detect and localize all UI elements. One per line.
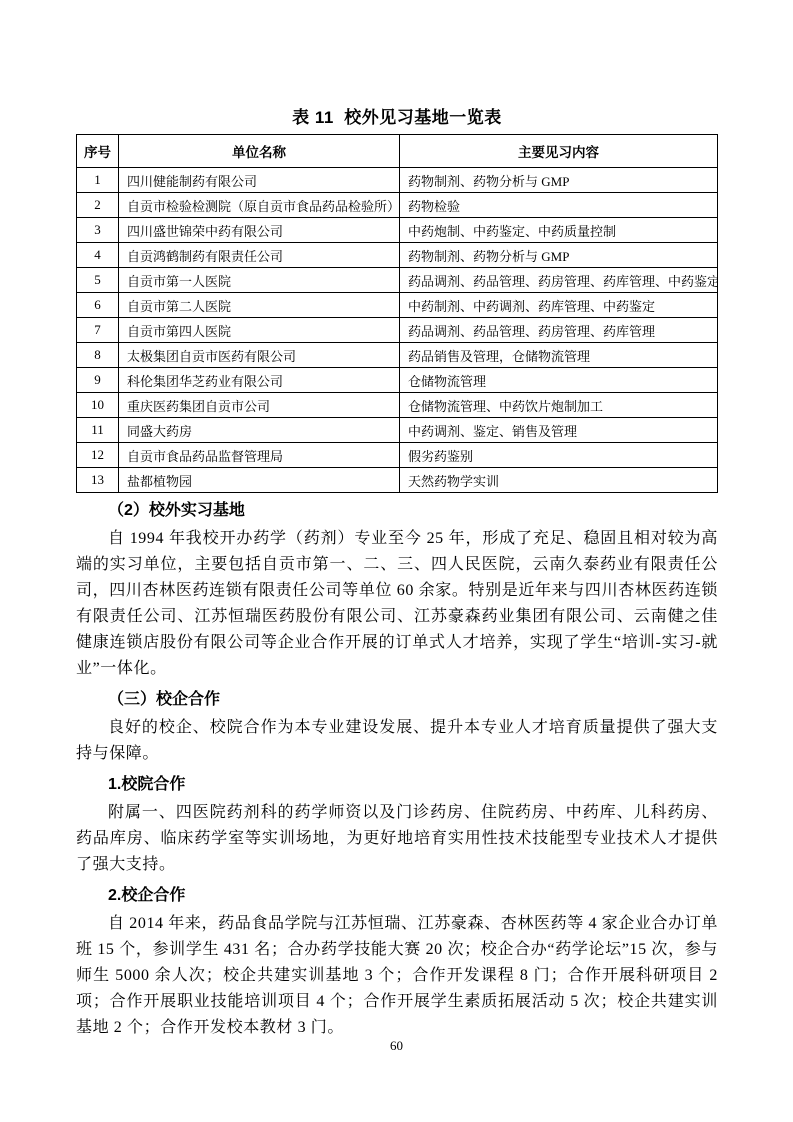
table-cell-unit: 科伦集团华芝药业有限公司 (119, 368, 400, 393)
table-cell-unit: 自贡市第四人医院 (119, 318, 400, 343)
table-cell-unit: 四川健能制药有限公司 (119, 168, 400, 193)
table-cell-no: 7 (77, 318, 119, 343)
table-cell-no: 6 (77, 293, 119, 318)
paragraph-cooperation-intro: 良好的校企、校院合作为本专业建设发展、提升本专业人才培育质量提供了强大支持与保障… (76, 715, 718, 767)
table-cell-no: 8 (77, 343, 119, 368)
table-title: 表 11 校外见习基地一览表 (76, 103, 718, 128)
page-content: 表 11 校外见习基地一览表 序号 单位名称 主要见习内容 1四川健能制药有限公… (76, 103, 718, 1041)
table-cell-unit: 自贡市第二人医院 (119, 293, 400, 318)
table-cell-content: 药物检验 (400, 193, 718, 218)
table-cell-no: 3 (77, 218, 119, 243)
table-cell-content: 中药炮制、中药鉴定、中药质量控制 (400, 218, 718, 243)
table-cell-no: 13 (77, 468, 119, 493)
table-cell-content: 仓储物流管理 (400, 368, 718, 393)
table-cell-unit: 同盛大药房 (119, 418, 400, 443)
table-cell-no: 2 (77, 193, 119, 218)
page-number: 60 (0, 1038, 793, 1054)
table-cell-content: 天然药物学实训 (400, 468, 718, 493)
table-row: 1四川健能制药有限公司药物制剂、药物分析与 GMP (77, 168, 718, 193)
table-cell-content: 仓储物流管理、中药饮片炮制加工 (400, 393, 718, 418)
table-cell-unit: 重庆医药集团自贡市公司 (119, 393, 400, 418)
internship-base-table: 序号 单位名称 主要见习内容 1四川健能制药有限公司药物制剂、药物分析与 GMP… (76, 134, 718, 493)
table-row: 12自贡市食品药品监督管理局假劣药鉴别 (77, 443, 718, 468)
table-cell-content: 假劣药鉴别 (400, 443, 718, 468)
section-heading-school-enterprise-cooperation: （三）校企合作 (76, 685, 718, 715)
table-cell-unit: 自贡市食品药品监督管理局 (119, 443, 400, 468)
table-cell-no: 10 (77, 393, 119, 418)
table-row: 10重庆医药集团自贡市公司仓储物流管理、中药饮片炮制加工 (77, 393, 718, 418)
paragraph-school-enterprise-cooperation: 自 2014 年来，药品食品学院与江苏恒瑞、江苏豪森、杏林医药等 4 家企业合办… (76, 911, 718, 1041)
table-cell-content: 药物制剂、药物分析与 GMP (400, 168, 718, 193)
subsection-heading-school-enterprise-cooperation: 2.校企合作 (76, 881, 718, 911)
table-row: 8太极集团自贡市医药有限公司药品销售及管理，仓储物流管理 (77, 343, 718, 368)
table-cell-no: 4 (77, 243, 119, 268)
table-row: 7自贡市第四人医院药品调剂、药品管理、药房管理、药库管理 (77, 318, 718, 343)
column-header-no: 序号 (77, 135, 119, 168)
table-cell-unit: 自贡鸿鹤制药有限责任公司 (119, 243, 400, 268)
table-cell-no: 9 (77, 368, 119, 393)
paragraph-school-hospital-cooperation: 附属一、四医院药剂科的药学师资以及门诊药房、住院药房、中药库、儿科药房、药品库房… (76, 800, 718, 878)
paragraph-offcampus-practice-base: 自 1994 年我校开办药学（药剂）专业至今 25 年，形成了充足、稳固且相对较… (76, 526, 718, 682)
table-row: 3四川盛世锦荣中药有限公司中药炮制、中药鉴定、中药质量控制 (77, 218, 718, 243)
table-cell-unit: 自贡市检验检测院（原自贡市食品药品检验所） (119, 193, 400, 218)
table-row: 2自贡市检验检测院（原自贡市食品药品检验所）药物检验 (77, 193, 718, 218)
section-heading-offcampus-practice-base: （2）校外实习基地 (76, 496, 718, 526)
table-row: 5自贡市第一人医院药品调剂、药品管理、药房管理、药库管理、中药鉴定 (77, 268, 718, 293)
table-row: 11同盛大药房中药调剂、鉴定、销售及管理 (77, 418, 718, 443)
table-cell-unit: 自贡市第一人医院 (119, 268, 400, 293)
table-cell-unit: 盐都植物园 (119, 468, 400, 493)
table-row: 4自贡鸿鹤制药有限责任公司药物制剂、药物分析与 GMP (77, 243, 718, 268)
subsection-heading-school-hospital-cooperation: 1.校院合作 (76, 770, 718, 800)
table-cell-no: 12 (77, 443, 119, 468)
table-cell-content: 药品销售及管理，仓储物流管理 (400, 343, 718, 368)
column-header-content: 主要见习内容 (400, 135, 718, 168)
table-body: 1四川健能制药有限公司药物制剂、药物分析与 GMP2自贡市检验检测院（原自贡市食… (77, 168, 718, 493)
table-row: 13盐都植物园天然药物学实训 (77, 468, 718, 493)
table-cell-unit: 太极集团自贡市医药有限公司 (119, 343, 400, 368)
table-cell-no: 1 (77, 168, 119, 193)
table-cell-content: 药品调剂、药品管理、药房管理、药库管理 (400, 318, 718, 343)
table-cell-no: 5 (77, 268, 119, 293)
column-header-unit: 单位名称 (119, 135, 400, 168)
document-page: 表 11 校外见习基地一览表 序号 单位名称 主要见习内容 1四川健能制药有限公… (0, 0, 793, 1122)
table-cell-content: 中药调剂、鉴定、销售及管理 (400, 418, 718, 443)
table-cell-unit: 四川盛世锦荣中药有限公司 (119, 218, 400, 243)
table-header-row: 序号 单位名称 主要见习内容 (77, 135, 718, 168)
table-cell-content: 药品调剂、药品管理、药房管理、药库管理、中药鉴定 (400, 268, 718, 293)
table-cell-no: 11 (77, 418, 119, 443)
table-row: 9科伦集团华芝药业有限公司仓储物流管理 (77, 368, 718, 393)
table-cell-content: 中药制剂、中药调剂、药库管理、中药鉴定 (400, 293, 718, 318)
table-row: 6自贡市第二人医院中药制剂、中药调剂、药库管理、中药鉴定 (77, 293, 718, 318)
table-cell-content: 药物制剂、药物分析与 GMP (400, 243, 718, 268)
